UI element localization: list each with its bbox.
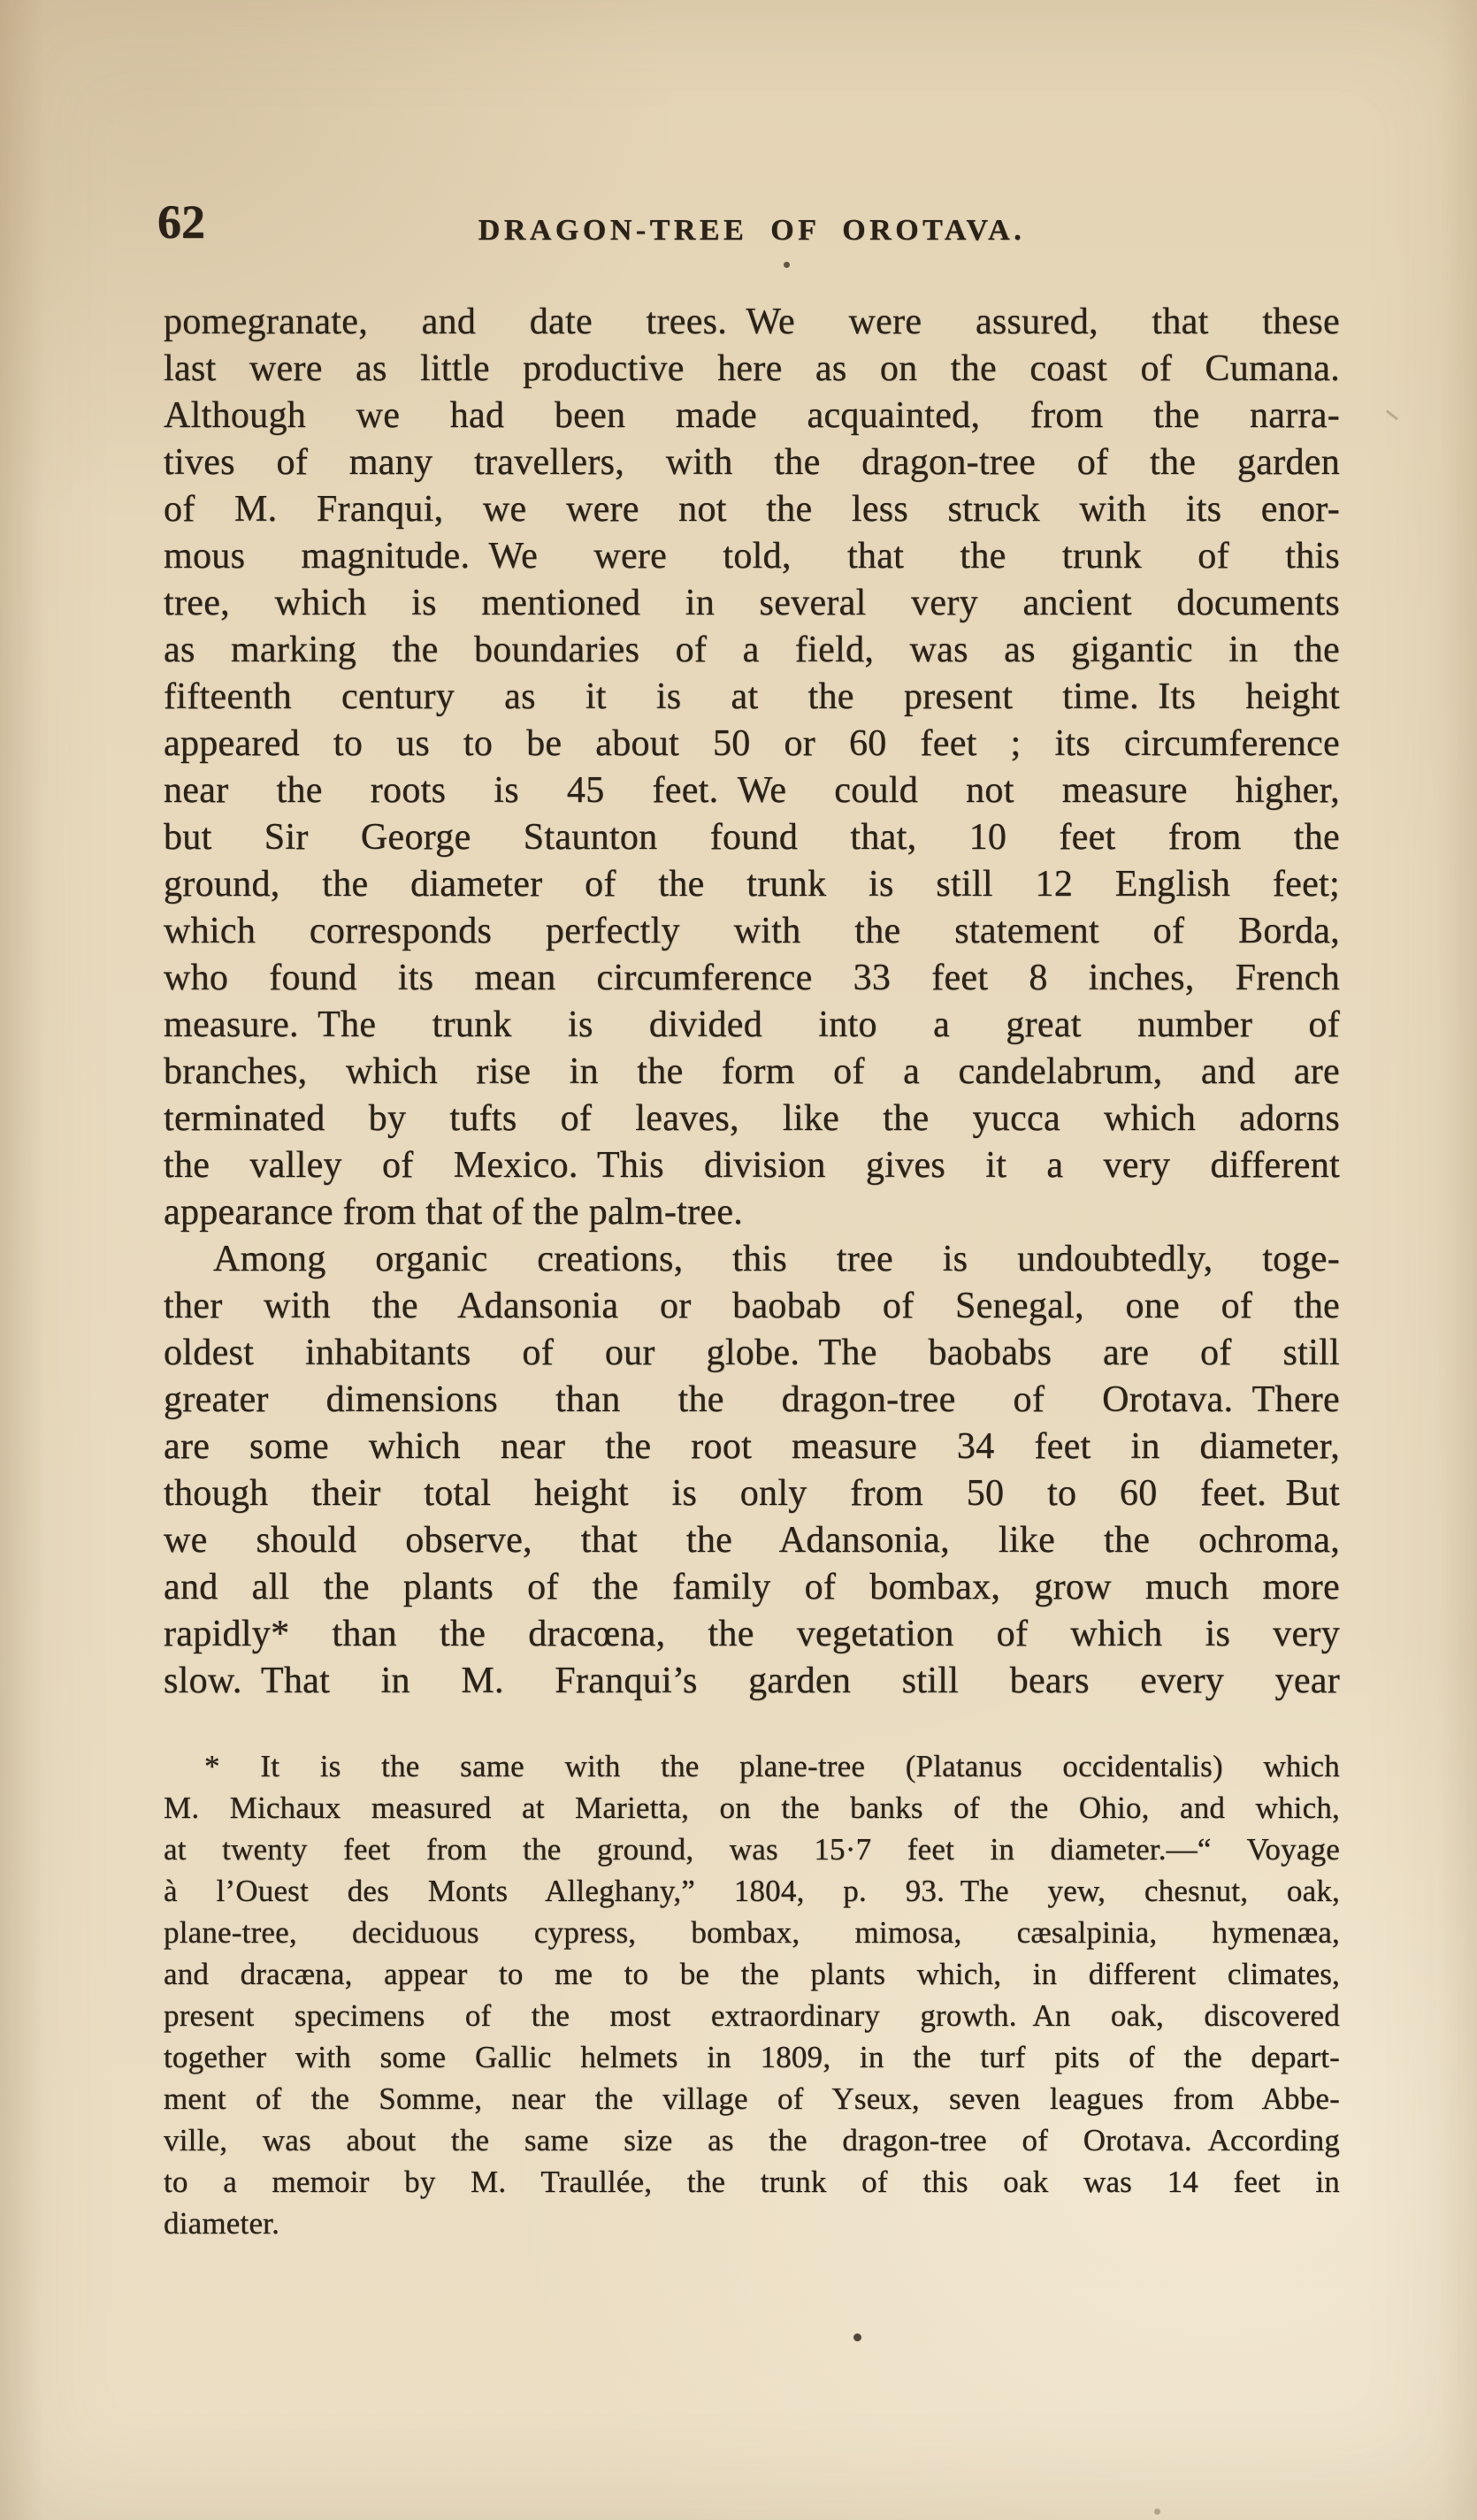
- text-line: to a memoir by M. Traullée, the trunk of…: [164, 2161, 1340, 2203]
- paper-speck: [853, 2333, 861, 2341]
- text-line: Among organic creations, this tree is un…: [164, 1236, 1340, 1283]
- text-line: terminated by tufts of leaves, like the …: [164, 1096, 1340, 1142]
- text-line: M. Michaux measured at Marietta, on the …: [164, 1787, 1340, 1829]
- text-line: but Sir George Staunton found that, 10 f…: [164, 814, 1340, 861]
- text-line: as marking the boundaries of a field, wa…: [164, 627, 1340, 674]
- text-line: tree, which is mentioned in several very…: [164, 580, 1340, 627]
- text-line: appearance from that of the palm-tree.: [164, 1189, 1340, 1236]
- paper-fiber-mark: [1386, 409, 1398, 420]
- text-line: diameter.: [164, 2203, 1340, 2244]
- text-line: last were as little productive here as o…: [164, 346, 1340, 393]
- paper-speck: [784, 262, 790, 268]
- text-line: mous magnitude. We were told, that the t…: [164, 533, 1340, 580]
- text-line: Although we had been made acquainted, fr…: [164, 393, 1340, 439]
- text-line: tives of many travellers, with the drago…: [164, 439, 1340, 486]
- paper-speck: [1154, 2509, 1160, 2515]
- text-line: branches, which rise in the form of a ca…: [164, 1049, 1340, 1096]
- text-line: of M. Franqui, we were not the less stru…: [164, 486, 1340, 533]
- text-line: pomegranate, and date trees. We were ass…: [164, 299, 1340, 346]
- text-line: ground, the diameter of the trunk is sti…: [164, 861, 1340, 908]
- footnote: * It is the same with the plane-tree (Pl…: [164, 1745, 1340, 2244]
- body-text: pomegranate, and date trees. We were ass…: [164, 299, 1340, 1705]
- text-line: and dracæna, appear to me to be the plan…: [164, 1953, 1340, 1995]
- text-line: à l’Ouest des Monts Alleghany,” 1804, p.…: [164, 1870, 1340, 1912]
- text-line: which corresponds perfectly with the sta…: [164, 908, 1340, 955]
- text-line: near the roots is 45 feet. We could not …: [164, 767, 1340, 814]
- text-line: the valley of Mexico. This division give…: [164, 1142, 1340, 1189]
- scanned-book-page: { "colors": { "paper": "#e8d9bd", "ink":…: [0, 0, 1477, 2520]
- text-line: we should observe, that the Adansonia, l…: [164, 1517, 1340, 1564]
- text-line: * It is the same with the plane-tree (Pl…: [164, 1745, 1340, 1787]
- text-line: who found its mean circumference 33 feet…: [164, 955, 1340, 1002]
- text-line: present specimens of the most extraordin…: [164, 1995, 1340, 2036]
- text-line: and all the plants of the family of bomb…: [164, 1564, 1340, 1611]
- running-header: DRAGON-TREE OF OROTAVA.: [164, 215, 1340, 247]
- text-line: though their total height is only from 5…: [164, 1470, 1340, 1517]
- text-line: ville, was about the same size as the dr…: [164, 2119, 1340, 2161]
- text-line: rapidly* than the dracœna, the vegetatio…: [164, 1611, 1340, 1658]
- text-line: oldest inhabitants of our globe. The bao…: [164, 1330, 1340, 1377]
- text-line: are some which near the root measure 34 …: [164, 1424, 1340, 1470]
- text-line: plane-tree, deciduous cypress, bombax, m…: [164, 1912, 1340, 1953]
- paper-background: 62 DRAGON-TREE OF OROTAVA. pomegranate, …: [0, 0, 1477, 2520]
- text-line: appeared to us to be about 50 or 60 feet…: [164, 721, 1340, 767]
- text-line: ther with the Adansonia or baobab of Sen…: [164, 1283, 1340, 1330]
- text-line: fifteenth century as it is at the presen…: [164, 674, 1340, 721]
- text-line: greater dimensions than the dragon-tree …: [164, 1377, 1340, 1424]
- text-line: together with some Gallic helmets in 180…: [164, 2036, 1340, 2078]
- text-line: ment of the Somme, near the village of Y…: [164, 2078, 1340, 2119]
- text-line: measure. The trunk is divided into a gre…: [164, 1002, 1340, 1049]
- text-line: at twenty feet from the ground, was 15·7…: [164, 1829, 1340, 1870]
- text-line: slow. That in M. Franqui’s garden still …: [164, 1658, 1340, 1705]
